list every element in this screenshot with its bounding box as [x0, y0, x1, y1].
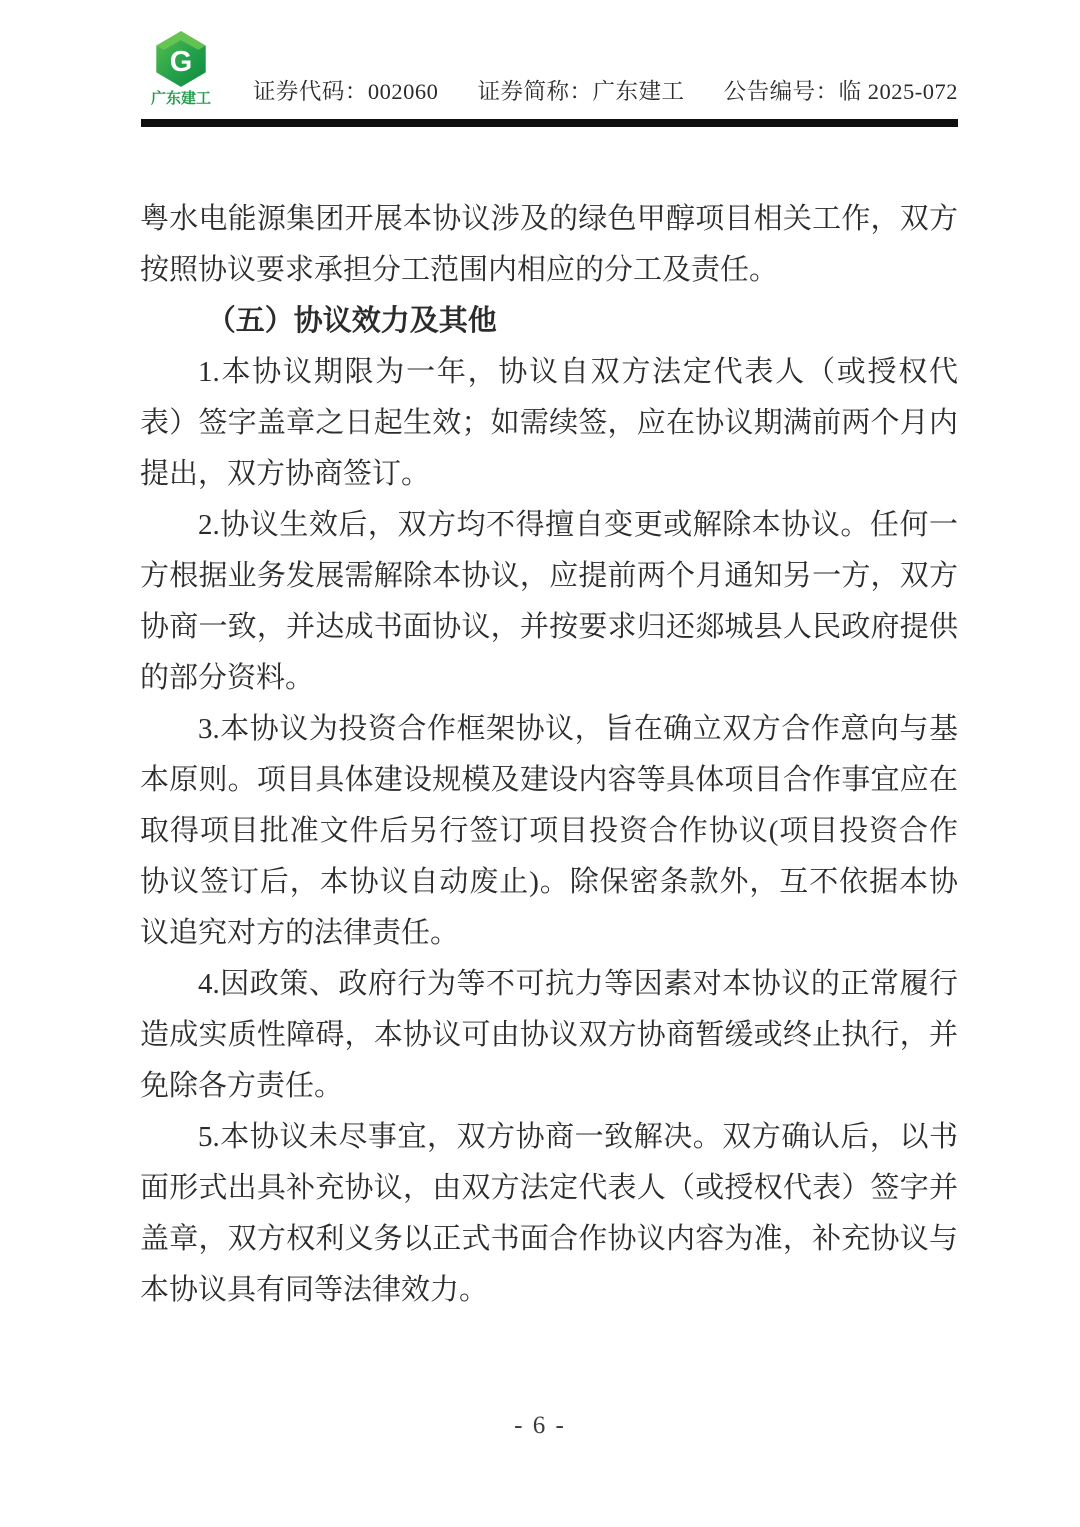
- paragraph-item-1: 1.本协议期限为一年，协议自双方法定代表人（或授权代表）签字盖章之日起生效；如需…: [140, 347, 958, 500]
- header-divider: [141, 119, 958, 127]
- document-page: G 广东建工 证券代码：002060 证券简称：广东建工 公告编号：临 2025…: [0, 0, 1080, 1527]
- logo-hexagon-icon: G: [154, 30, 208, 88]
- paragraph-item-2: 2.协议生效后，双方均不得擅自变更或解除本协议。任何一方根据业务发展需解除本协议…: [140, 500, 958, 704]
- svg-text:G: G: [170, 46, 193, 78]
- logo-company-name: 广东建工: [146, 91, 216, 106]
- paragraph-item-5: 5.本协议未尽事宜，双方协商一致解决。双方确认后，以书面形式出具补充协议，由双方…: [140, 1112, 958, 1316]
- section-heading: （五）协议效力及其他: [140, 296, 958, 347]
- header-meta: 证券代码：002060 证券简称：广东建工 公告编号：临 2025-072: [253, 74, 958, 106]
- page-number: - 6 -: [0, 1412, 1080, 1440]
- announcement-number-label: 公告编号：临 2025-072: [724, 74, 958, 106]
- paragraph-item-3: 3.本协议为投资合作框架协议，旨在确立双方合作意向与基本原则。项目具体建设规模及…: [140, 704, 958, 959]
- paragraph-item-4: 4.因政策、政府行为等不可抗力等因素对本协议的正常履行造成实质性障碍，本协议可由…: [140, 959, 958, 1112]
- stock-code-label: 证券代码：002060: [253, 74, 439, 106]
- company-logo: G 广东建工: [146, 30, 216, 106]
- stock-name-label: 证券简称：广东建工: [477, 74, 684, 106]
- document-body: 粤水电能源集团开展本协议涉及的绿色甲醇项目相关工作，双方按照协议要求承担分工范围…: [140, 194, 958, 1316]
- paragraph-continuation: 粤水电能源集团开展本协议涉及的绿色甲醇项目相关工作，双方按照协议要求承担分工范围…: [140, 194, 958, 296]
